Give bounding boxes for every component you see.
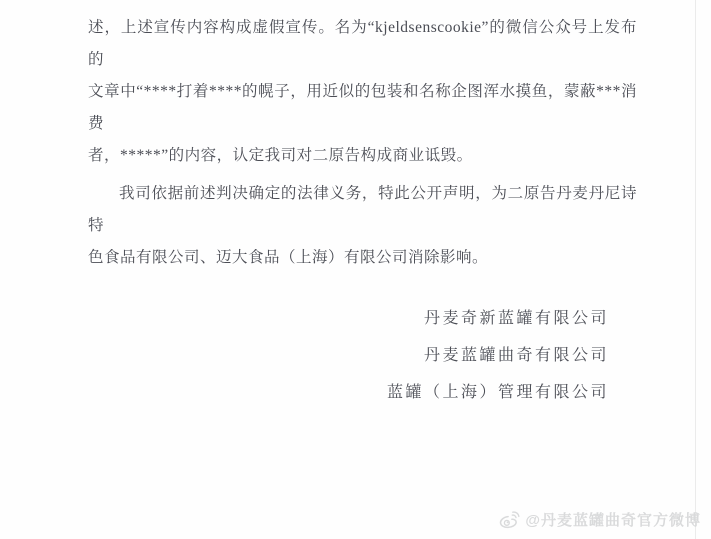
signature-company-1: 丹麦奇新蓝罐有限公司 [88,300,609,337]
watermark-text: @丹麦蓝罐曲奇官方微博 [525,509,701,530]
paragraph-2: 我司依据前述判决确定的法律义务，特此公开声明，为二原告丹麦丹尼诗特 色食品有限公… [88,178,637,274]
body-line: 述，上述宣传内容构成虚假宣传。名为“kjeldsenscookie”的微信公众号… [88,12,637,76]
weibo-icon [498,511,520,529]
body-line: 我司依据前述判决确定的法律义务，特此公开声明，为二原告丹麦丹尼诗特 [88,178,637,242]
document-page: 述，上述宣传内容构成虚假宣传。名为“kjeldsenscookie”的微信公众号… [0,0,711,539]
signature-company-2: 丹麦蓝罐曲奇有限公司 [88,337,609,374]
signature-company-3: 蓝罐（上海）管理有限公司 [88,374,609,411]
weibo-watermark: @丹麦蓝罐曲奇官方微博 [498,509,701,530]
signature-block: 丹麦奇新蓝罐有限公司 丹麦蓝罐曲奇有限公司 蓝罐（上海）管理有限公司 [88,300,637,411]
document-body: 述，上述宣传内容构成虚假宣传。名为“kjeldsenscookie”的微信公众号… [88,12,637,411]
paragraph-1: 述，上述宣传内容构成虚假宣传。名为“kjeldsenscookie”的微信公众号… [88,12,637,172]
body-line: 者，*****”的内容，认定我司对二原告构成商业诋毁。 [88,140,637,172]
body-line: 色食品有限公司、迈大食品（上海）有限公司消除影响。 [88,242,637,274]
body-line: 文章中“****打着****的幌子，用近似的包装和名称企图浑水摸鱼，蒙蔽***消… [88,76,637,140]
page-edge-line [695,0,696,539]
